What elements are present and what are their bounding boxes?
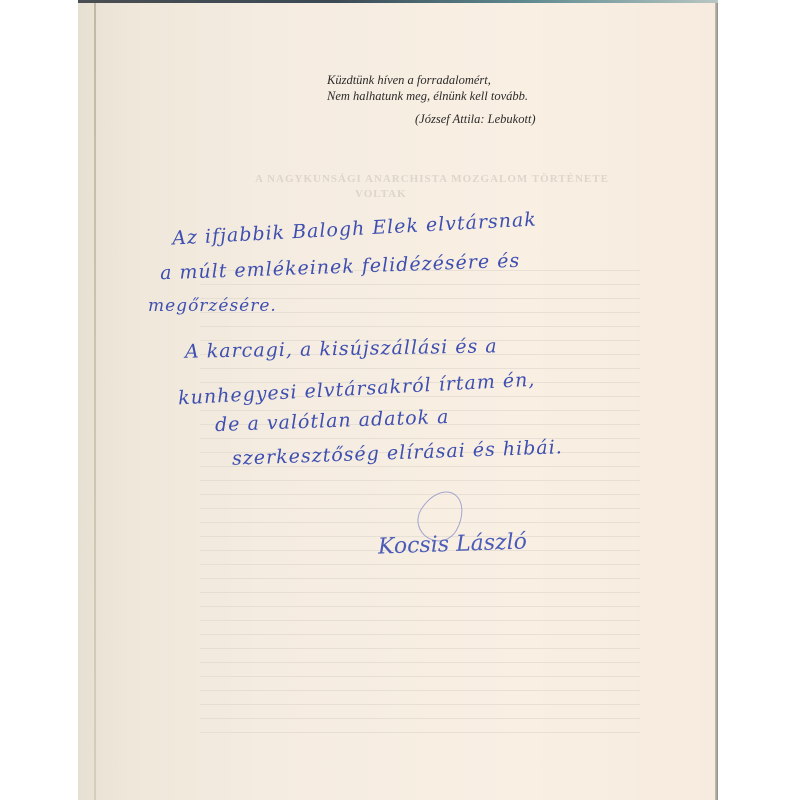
epigraph-attribution: (József Attila: Lebukott) <box>327 111 627 127</box>
page-edge <box>715 3 718 800</box>
bleed-through-title: A NAGYKUNSÁGI ANARCHISTA MOZGALOM TÖRTÉN… <box>255 173 609 185</box>
page-gutter <box>94 3 96 800</box>
epigraph-line: Nem halhatunk meg, élnünk kell tovább. <box>327 88 627 104</box>
dedication-line: megőrzésére. <box>148 296 277 316</box>
epigraph: Küzdtünk híven a forradalomért, Nem halh… <box>327 72 627 127</box>
bleed-through-subtitle: VOLTAK <box>355 188 407 200</box>
epigraph-line: Küzdtünk híven a forradalomért, <box>327 72 627 88</box>
signature: Kocsis László <box>378 529 528 559</box>
